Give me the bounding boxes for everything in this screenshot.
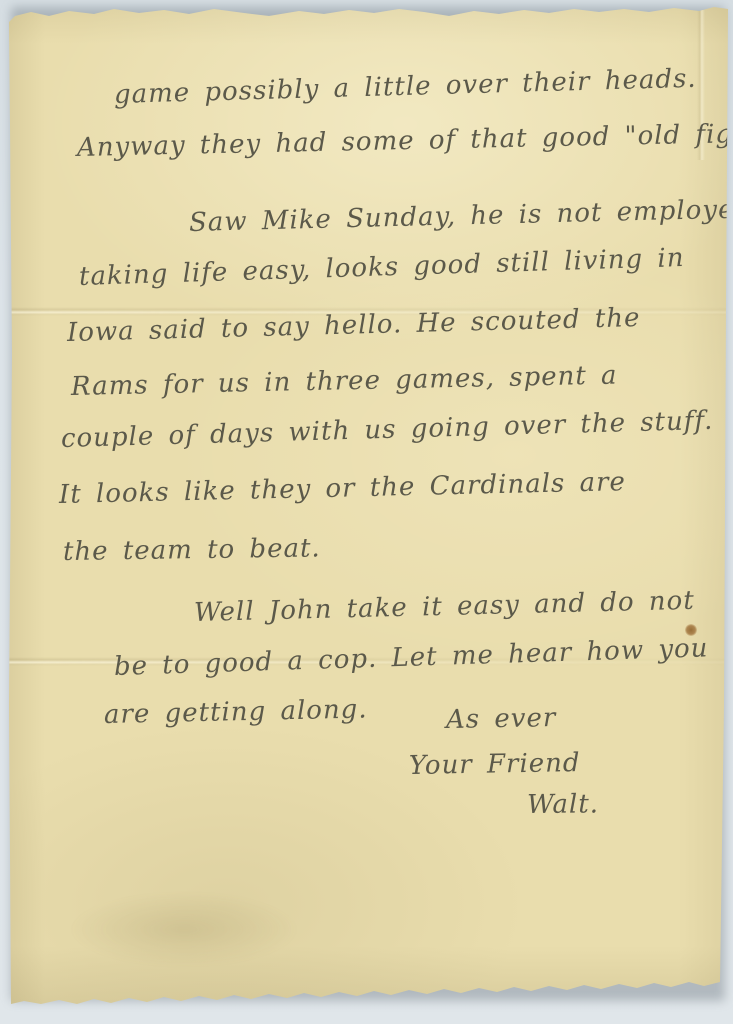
closing-signoff: Your Friend [409, 748, 581, 781]
handwritten-line: are getting along. [104, 694, 368, 730]
scanned-letter: game possibly a little over their heads.… [0, 0, 733, 1024]
handwritten-line: Rams for us in three games, spent a [71, 361, 618, 402]
smudge-mark [69, 892, 299, 967]
handwritten-line: couple of days with us going over the st… [61, 406, 714, 454]
handwritten-line: Saw Mike Sunday, he is not employed [189, 194, 733, 238]
signature: Walt. [527, 789, 599, 820]
handwritten-line: Anyway they had some of that good "old f… [77, 118, 733, 163]
handwritten-line: It looks like they or the Cardinals are [59, 467, 627, 510]
handwritten-line: Well John take it easy and do not [194, 586, 695, 628]
handwritten-line: the team to beat. [63, 533, 321, 567]
letter-page: game possibly a little over their heads.… [9, 4, 729, 1006]
closing-valediction: As ever [446, 703, 557, 735]
handwritten-line: taking life easy, looks good still livin… [79, 243, 685, 292]
handwritten-line: game possibly a little over their heads. [114, 64, 697, 110]
handwritten-line: be to good a cop. Let me hear how you [114, 633, 709, 682]
